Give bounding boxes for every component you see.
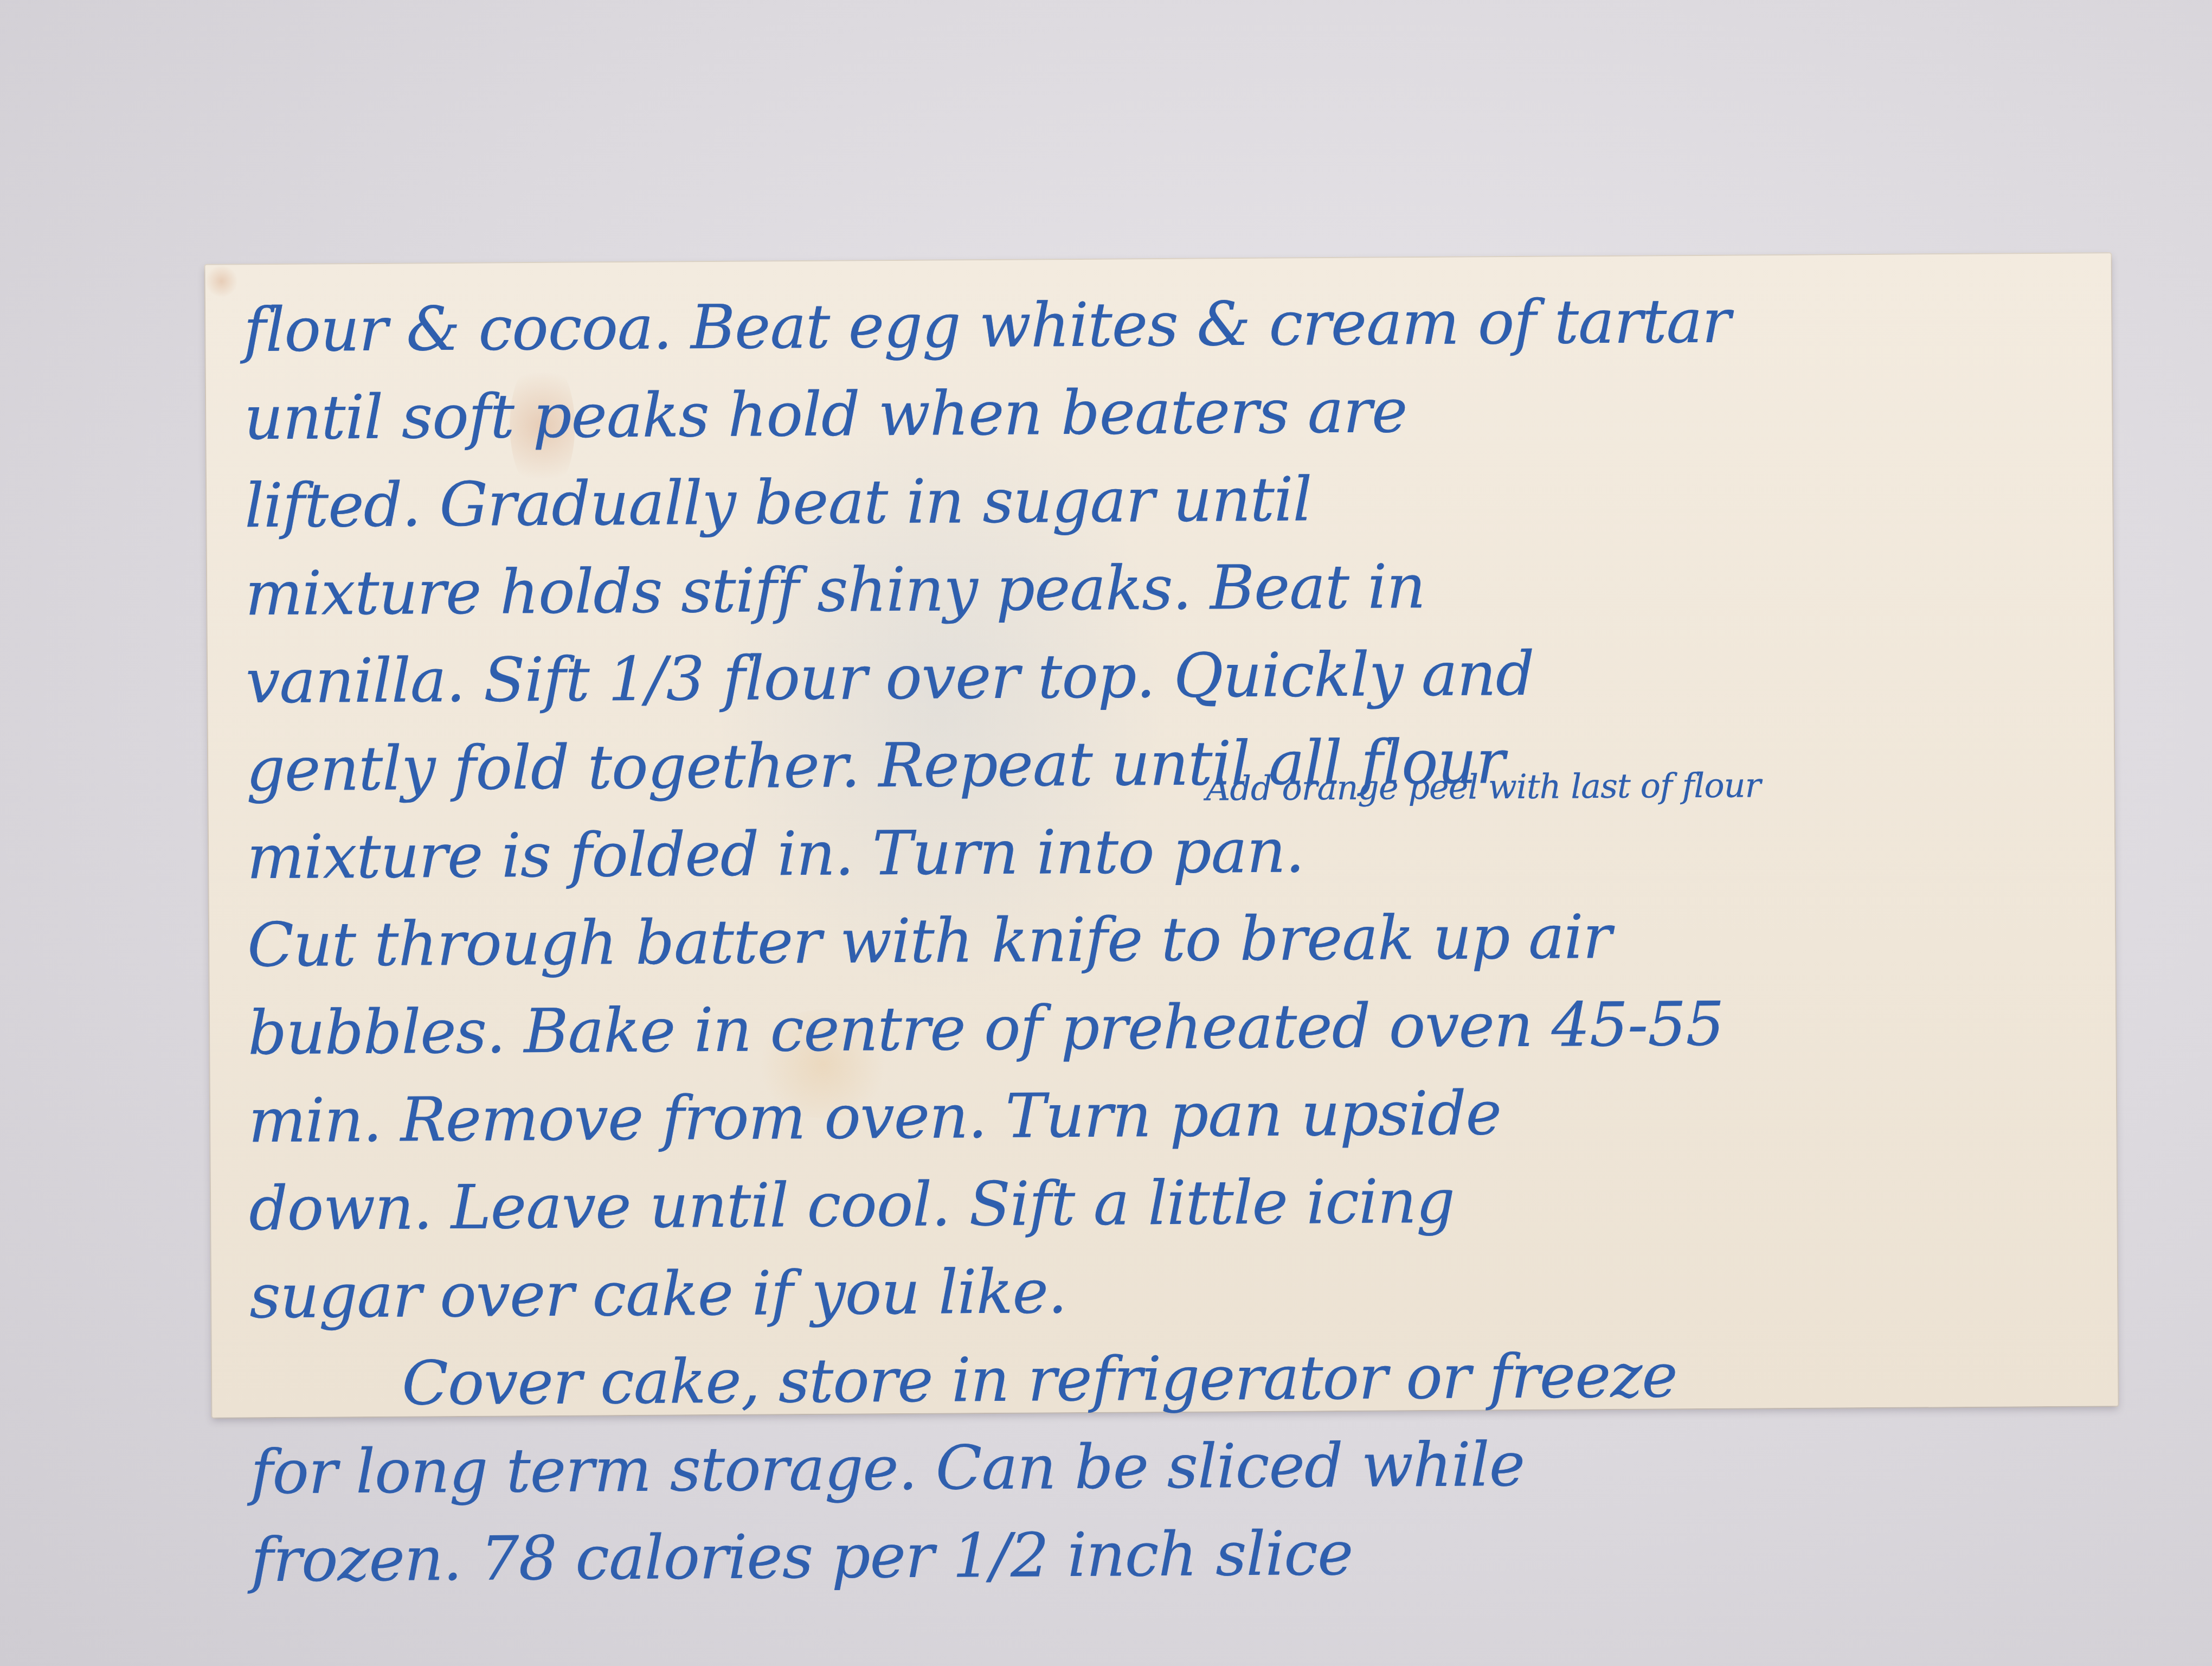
text-line: Cut through batter with knife to break u…	[247, 890, 2094, 990]
text-line: bubbles. Bake in centre of preheated ove…	[248, 978, 2094, 1078]
text-line: lifted. Gradually beat in sugar until	[245, 451, 2091, 550]
text-line: gently fold together. Repeat until all f…	[246, 715, 2093, 814]
stain-mark	[205, 265, 238, 297]
text-line: mixture holds stiff shiny peaks. Beat in	[245, 539, 2092, 638]
text-line: frozen. 78 calories per 1/2 inch slice	[251, 1505, 2098, 1604]
text-line: until soft peaks hold when beaters are	[244, 363, 2091, 463]
text-line: down. Leave until cool. Sift a little ic…	[249, 1154, 2095, 1253]
text-line: vanilla. Sift 1/3 flour over top. Quickl…	[246, 627, 2092, 726]
text-line: sugar over cake if you like.	[249, 1241, 2096, 1341]
text-line: min. Remove from oven. Turn pan upside	[248, 1066, 2095, 1165]
insertion-note: Add orange peel with last of flour	[1206, 766, 1760, 808]
text-line-with-insert: Add orange peel with last of flour mixtu…	[247, 803, 2093, 902]
text-line: flour & cocoa. Beat egg whites & cream o…	[243, 275, 2090, 375]
text-line: Cover cake, store in refrigerator or fre…	[250, 1329, 2097, 1428]
recipe-card: flour & cocoa. Beat egg whites & cream o…	[205, 253, 2118, 1417]
text-line: mixture is folded in. Turn into pan.	[247, 816, 1304, 893]
handwritten-text: flour & cocoa. Beat egg whites & cream o…	[243, 275, 2098, 1605]
text-line: for long term storage. Can be sliced whi…	[250, 1417, 2097, 1516]
